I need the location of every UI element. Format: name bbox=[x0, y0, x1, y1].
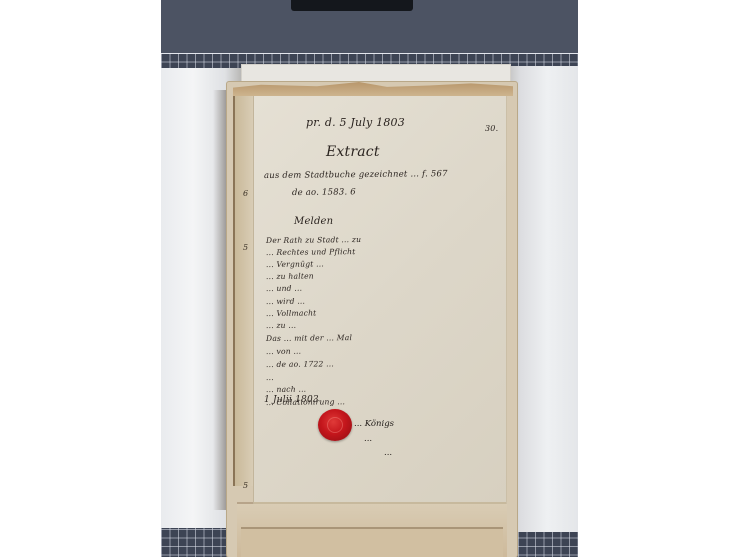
paperweight bbox=[291, 0, 413, 11]
body-line: ... zu ... bbox=[266, 321, 296, 330]
closing-date: 1 Julii 1803 bbox=[264, 395, 319, 405]
body-line: Der Rath zu Stadt ... zu bbox=[266, 235, 361, 245]
received-date: pr. d. 5 July 1803 bbox=[306, 116, 405, 129]
body-line: ... wird ... bbox=[266, 297, 305, 306]
archival-photo: 6 5 5 pr. d. 5 July 1803 30. Extract aus… bbox=[161, 0, 578, 557]
lower-sheets-bottom bbox=[241, 527, 503, 557]
worn-top-edge bbox=[233, 82, 513, 96]
body-line: ... Vergnügt ... bbox=[266, 259, 324, 269]
reference-line: de ao. 1583. 6 bbox=[292, 187, 356, 198]
body-line: ... nach ... bbox=[266, 385, 306, 394]
body-line: ... zu halten bbox=[266, 271, 314, 281]
body-line: ... Rechtes und Pflicht bbox=[266, 247, 356, 257]
section-heading: Melden bbox=[294, 216, 333, 227]
body-line: ... Vollmacht bbox=[266, 308, 316, 318]
signature-line: ... bbox=[384, 448, 392, 458]
red-wax-seal bbox=[318, 409, 352, 441]
body-line: ... von ... bbox=[266, 347, 301, 356]
body-line: Das ... mit der ... Mal bbox=[266, 333, 352, 343]
margin-mark: 5 bbox=[243, 243, 248, 252]
reference-line: aus dem Stadtbuche gezeichnet ... f. 567 bbox=[264, 169, 448, 181]
folio-number: 30. bbox=[485, 124, 498, 133]
document-title: Extract bbox=[326, 144, 380, 160]
margin-mark: 6 bbox=[243, 189, 248, 198]
signature-line: ... Königs bbox=[354, 419, 394, 429]
manuscript-page: pr. d. 5 July 1803 30. Extract aus dem S… bbox=[253, 96, 507, 504]
body-line: ... de ao. 1722 ... bbox=[266, 359, 334, 369]
margin-mark: 5 bbox=[243, 481, 248, 490]
body-line: ... bbox=[266, 373, 274, 382]
signature-line: ... bbox=[364, 434, 372, 444]
body-line: ... und ... bbox=[266, 284, 302, 293]
